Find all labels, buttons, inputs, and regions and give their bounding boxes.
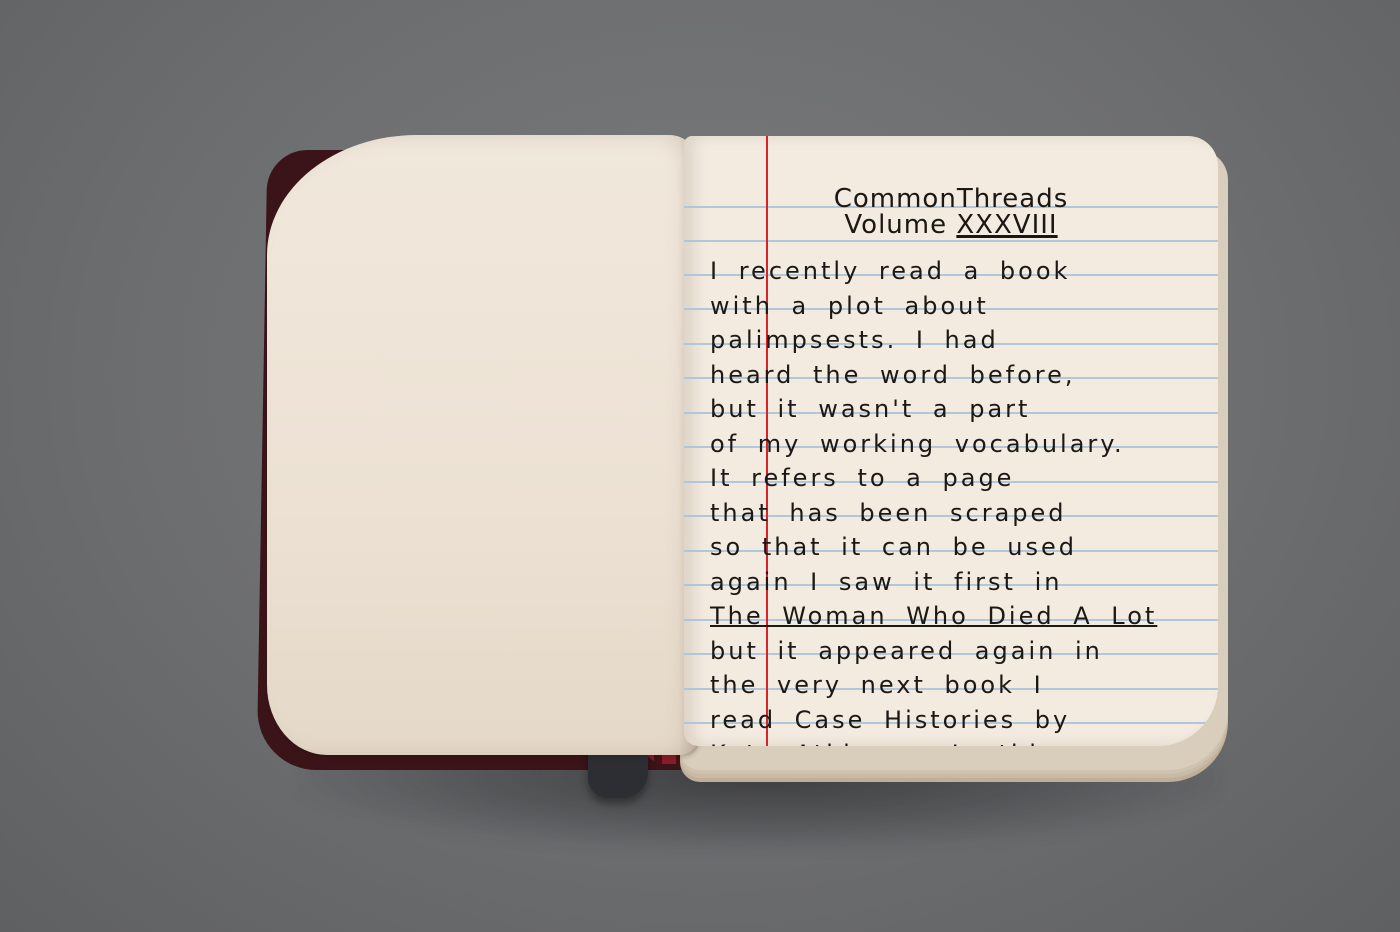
text-line: that has been scraped	[710, 496, 1188, 531]
embroidered-text: I recently read a book with a plot about…	[710, 254, 1188, 746]
text-line-book-title: The Woman Who Died A Lot	[710, 599, 1188, 634]
text-line: but it appeared again in	[710, 634, 1188, 669]
text-line: It refers to a page	[710, 461, 1188, 496]
text-line: heard the word before,	[710, 358, 1188, 393]
text-line: with a plot about	[710, 289, 1188, 324]
text-line: of my working vocabulary.	[710, 427, 1188, 462]
text-line: read Case Histories by	[710, 703, 1188, 738]
text-line: Kate Atkinson. In this	[710, 737, 1188, 746]
text-line: but it wasn't a part	[710, 392, 1188, 427]
volume-line: Volume XXXVIII	[684, 210, 1218, 240]
left-page-flap	[267, 135, 699, 755]
ruled-line	[684, 240, 1218, 242]
text-line: again I saw it first in	[710, 565, 1188, 600]
text-line: so that it can be used	[710, 530, 1188, 565]
photo-scene: CommonThreads Volume XXXVIII I recently …	[0, 0, 1400, 932]
text-line: I recently read a book	[710, 254, 1188, 289]
volume-number: XXXVIII	[956, 210, 1057, 240]
volume-label: Volume	[844, 210, 947, 240]
text-line: the very next book I	[710, 668, 1188, 703]
embroidered-page: CommonThreads Volume XXXVIII I recently …	[684, 136, 1218, 746]
text-line: palimpsests. I had	[710, 323, 1188, 358]
